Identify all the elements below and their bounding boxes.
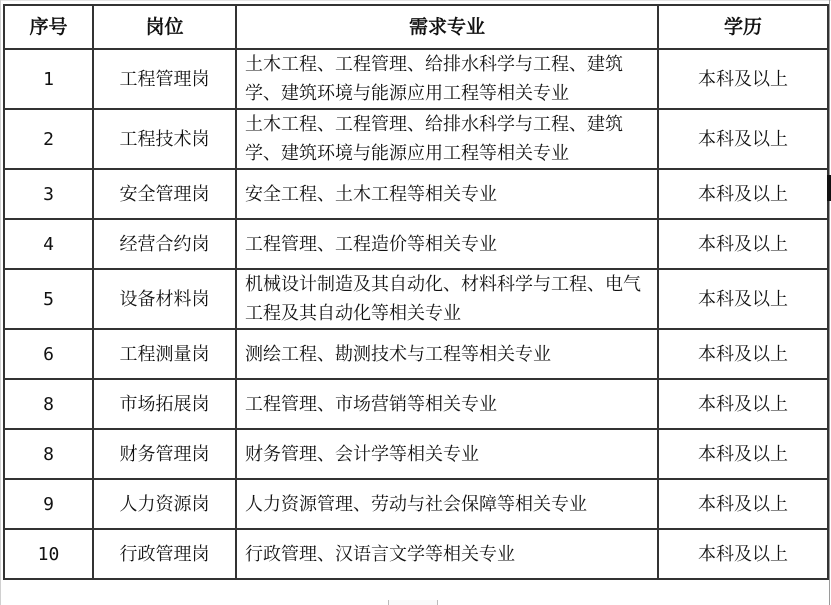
cell-major: 人力资源管理、劳动与社会保障等相关专业 [236,479,658,529]
cell-number: 9 [4,479,93,529]
cell-major: 财务管理、会计学等相关专业 [236,429,658,479]
frame-right-edge [829,0,830,605]
table-row: 3 安全管理岗 安全工程、土木工程等相关专业 本科及以上 [4,169,828,219]
table-header-row: 序号 岗位 需求专业 学历 [4,5,828,49]
cell-position: 安全管理岗 [93,169,236,219]
cell-position: 市场拓展岗 [93,379,236,429]
table-row: 4 经营合约岗 工程管理、工程造价等相关专业 本科及以上 [4,219,828,269]
cell-education: 本科及以上 [658,529,828,579]
cell-major: 机械设计制造及其自动化、材料科学与工程、电气工程及其自动化等相关专业 [236,269,658,329]
table-row: 2 工程技术岗 土木工程、工程管理、给排水科学与工程、建筑学、建筑环境与能源应用… [4,109,828,169]
cell-education: 本科及以上 [658,109,828,169]
cell-number: 5 [4,269,93,329]
cell-position: 工程管理岗 [93,49,236,109]
cell-number: 4 [4,219,93,269]
cell-education: 本科及以上 [658,219,828,269]
scrollbar-thumb[interactable] [827,175,831,201]
frame-left-edge [0,0,1,605]
cell-major: 安全工程、土木工程等相关专业 [236,169,658,219]
cell-number: 1 [4,49,93,109]
job-requirements-table: 序号 岗位 需求专业 学历 1 工程管理岗 土木工程、工程管理、给排水科学与工程… [3,4,829,580]
header-position: 岗位 [93,5,236,49]
cell-major: 测绘工程、勘测技术与工程等相关专业 [236,329,658,379]
cell-position: 行政管理岗 [93,529,236,579]
table-row: 8 市场拓展岗 工程管理、市场营销等相关专业 本科及以上 [4,379,828,429]
cell-major: 土木工程、工程管理、给排水科学与工程、建筑学、建筑环境与能源应用工程等相关专业 [236,49,658,109]
cell-position: 经营合约岗 [93,219,236,269]
cell-education: 本科及以上 [658,49,828,109]
table-row: 10 行政管理岗 行政管理、汉语言文学等相关专业 本科及以上 [4,529,828,579]
table-row: 8 财务管理岗 财务管理、会计学等相关专业 本科及以上 [4,429,828,479]
cell-education: 本科及以上 [658,169,828,219]
cell-major: 工程管理、市场营销等相关专业 [236,379,658,429]
table-row: 1 工程管理岗 土木工程、工程管理、给排水科学与工程、建筑学、建筑环境与能源应用… [4,49,828,109]
cell-education: 本科及以上 [658,329,828,379]
header-number: 序号 [4,5,93,49]
cell-major: 工程管理、工程造价等相关专业 [236,219,658,269]
cell-position: 工程技术岗 [93,109,236,169]
frame-top-edge [0,0,831,1]
cell-major: 土木工程、工程管理、给排水科学与工程、建筑学、建筑环境与能源应用工程等相关专业 [236,109,658,169]
header-major: 需求专业 [236,5,658,49]
cell-education: 本科及以上 [658,479,828,529]
cell-position: 人力资源岗 [93,479,236,529]
cell-number: 10 [4,529,93,579]
cell-number: 8 [4,429,93,479]
cell-number: 8 [4,379,93,429]
cell-education: 本科及以上 [658,269,828,329]
table-row: 5 设备材料岗 机械设计制造及其自动化、材料科学与工程、电气工程及其自动化等相关… [4,269,828,329]
cell-major: 行政管理、汉语言文学等相关专业 [236,529,658,579]
table-row: 6 工程测量岗 测绘工程、勘测技术与工程等相关专业 本科及以上 [4,329,828,379]
header-education: 学历 [658,5,828,49]
cell-education: 本科及以上 [658,379,828,429]
cell-education: 本科及以上 [658,429,828,479]
cell-position: 财务管理岗 [93,429,236,479]
bottom-tab-marker [388,600,438,605]
table-row: 9 人力资源岗 人力资源管理、劳动与社会保障等相关专业 本科及以上 [4,479,828,529]
cell-number: 3 [4,169,93,219]
cell-number: 6 [4,329,93,379]
cell-number: 2 [4,109,93,169]
cell-position: 工程测量岗 [93,329,236,379]
cell-position: 设备材料岗 [93,269,236,329]
